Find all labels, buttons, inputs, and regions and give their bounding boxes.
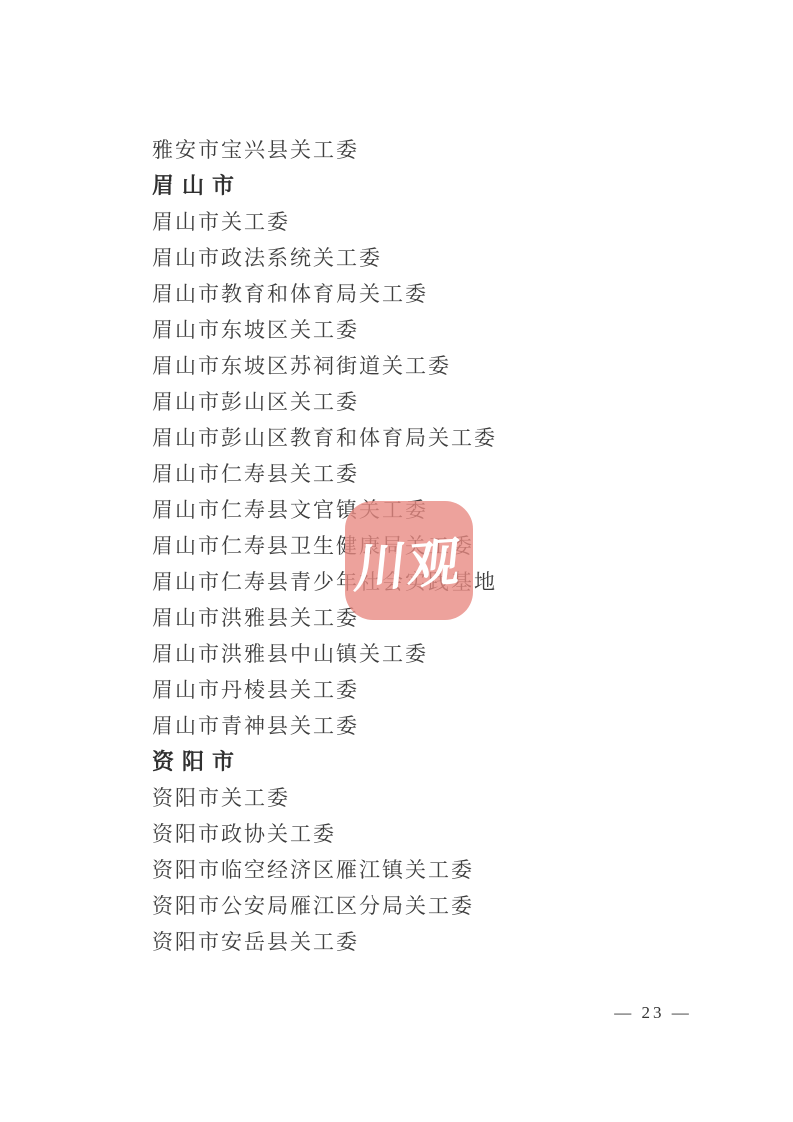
page-number: — 23 — bbox=[598, 1003, 708, 1023]
list-item: 眉山市仁寿县关工委 bbox=[152, 456, 712, 492]
list-item: 眉山市政法系统关工委 bbox=[152, 240, 712, 276]
list-item: 眉山市教育和体育局关工委 bbox=[152, 276, 712, 312]
list-item: 资阳市政协关工委 bbox=[152, 816, 712, 852]
watermark-text: 川观 bbox=[351, 519, 467, 602]
list-item: 眉山市洪雅县中山镇关工委 bbox=[152, 636, 712, 672]
section-heading: 眉山市 bbox=[152, 168, 712, 204]
document-page: 雅安市宝兴县关工委眉山市眉山市关工委眉山市政法系统关工委眉山市教育和体育局关工委… bbox=[0, 0, 793, 1122]
list-item: 资阳市临空经济区雁江镇关工委 bbox=[152, 852, 712, 888]
section-heading: 资阳市 bbox=[152, 744, 712, 780]
list-item: 资阳市公安局雁江区分局关工委 bbox=[152, 888, 712, 924]
watermark-badge: 川观 bbox=[345, 501, 473, 620]
list-item: 眉山市彭山区关工委 bbox=[152, 384, 712, 420]
list-item: 资阳市关工委 bbox=[152, 780, 712, 816]
list-item: 眉山市关工委 bbox=[152, 204, 712, 240]
list-item: 眉山市彭山区教育和体育局关工委 bbox=[152, 420, 712, 456]
list-item: 眉山市丹棱县关工委 bbox=[152, 672, 712, 708]
list-item: 资阳市安岳县关工委 bbox=[152, 924, 712, 960]
list-item: 眉山市东坡区苏祠街道关工委 bbox=[152, 348, 712, 384]
list-item: 雅安市宝兴县关工委 bbox=[152, 132, 712, 168]
list-item: 眉山市东坡区关工委 bbox=[152, 312, 712, 348]
list-item: 眉山市青神县关工委 bbox=[152, 708, 712, 744]
